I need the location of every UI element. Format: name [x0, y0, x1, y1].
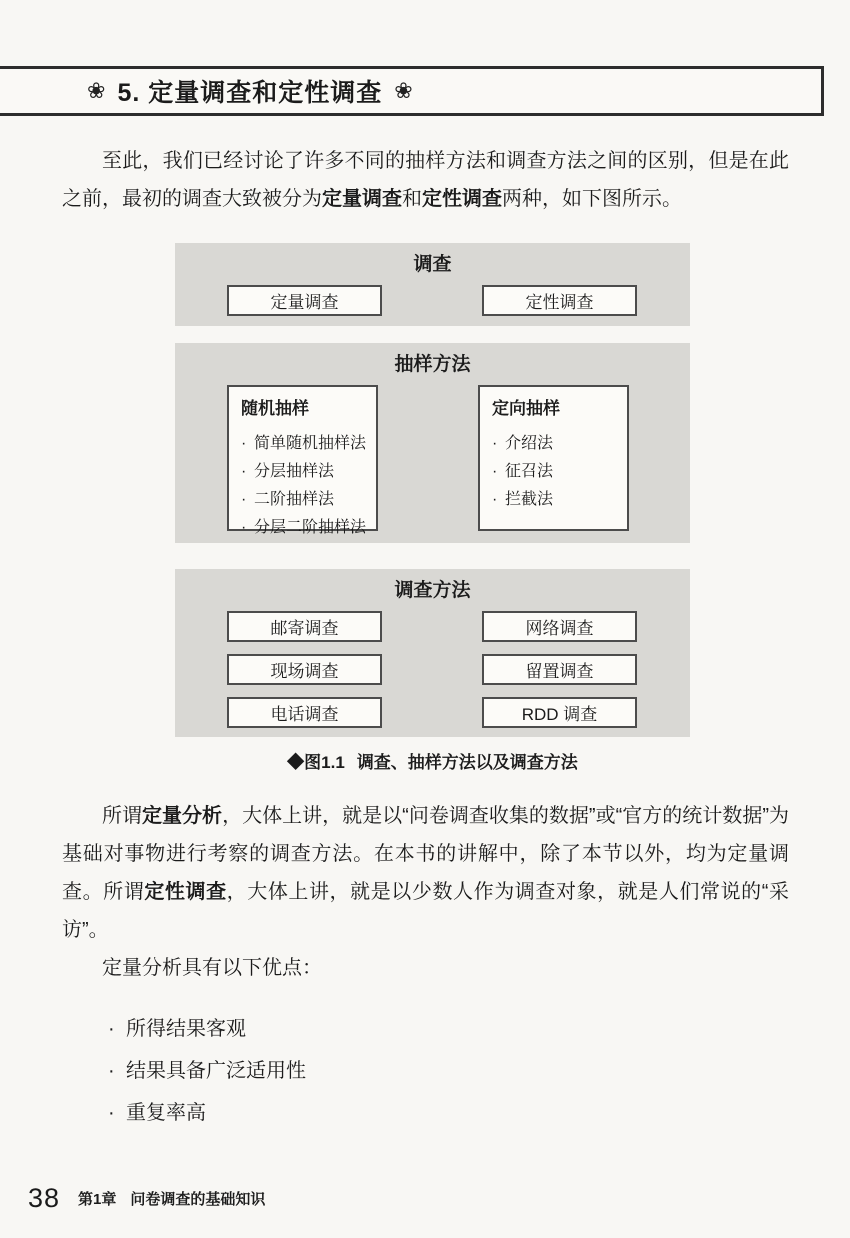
advantages-list: ·所得结果客观 ·结果具备广泛适用性 ·重复率高: [108, 1014, 789, 1128]
box-header: 定向抽样: [492, 397, 623, 421]
figure-1-1: 调查 定量调查 定性调查 抽样方法 随机抽样 ·简单随机抽样法 ·分层抽样法 ·…: [175, 243, 690, 776]
text-run-bold: 定量调查: [322, 188, 402, 210]
flower-icon: ❀: [394, 80, 412, 102]
list-item: ·分层二阶抽样法: [241, 514, 372, 542]
list-item: ·简单随机抽样法: [241, 430, 372, 458]
section-header: ❀ 5. 定量调查和定性调查 ❀: [0, 66, 824, 116]
bullet: ·: [108, 1014, 126, 1044]
bullet: ·: [241, 458, 254, 486]
page-body: 至此，我们已经讨论了许多不同的抽样方法和调查方法之间的区别，但是在此之前，最初的…: [62, 142, 789, 1140]
box-qualitative-survey: 定性调查: [482, 285, 637, 316]
advantages-lead-in: 定量分析具有以下优点：: [62, 949, 789, 987]
box-onsite-survey: 现场调查: [227, 654, 382, 685]
panel-title: 调查: [175, 252, 690, 278]
page-footer: 38 第1章 问卷调查的基础知识: [28, 1183, 265, 1214]
diagram-panel-survey: 调查 定量调查 定性调查: [175, 243, 690, 326]
bullet: ·: [241, 486, 254, 514]
bullet: ·: [492, 430, 505, 458]
box-directed-sampling: 定向抽样 ·介绍法 ·征召法 ·拦截法: [478, 385, 629, 531]
list-item: ·征召法: [492, 458, 623, 486]
box-random-sampling: 随机抽样 ·简单随机抽样法 ·分层抽样法 ·二阶抽样法 ·分层二阶抽样法: [227, 385, 378, 531]
list-item: ·分层抽样法: [241, 458, 372, 486]
text-run: 和: [402, 188, 422, 210]
list-item: ·所得结果客观: [108, 1014, 789, 1044]
list-item-label: 介绍法: [505, 430, 553, 458]
box-quantitative-survey: 定量调查: [227, 285, 382, 316]
box-web-survey: 网络调查: [482, 611, 637, 642]
figure-caption-marker: ◆图1.1: [287, 753, 345, 772]
figure-caption-text: 调查、抽样方法以及调查方法: [357, 753, 578, 772]
random-sampling-list: ·简单随机抽样法 ·分层抽样法 ·二阶抽样法 ·分层二阶抽样法: [241, 430, 372, 542]
bullet: ·: [108, 1056, 126, 1086]
flower-icon: ❀: [87, 80, 105, 102]
list-item-label: 简单随机抽样法: [254, 430, 366, 458]
diagram-panel-survey-methods: 调查方法 邮寄调查 网络调查 现场调查 留置调查 电话调查 RDD 调查: [175, 569, 690, 737]
bullet: ·: [108, 1098, 126, 1128]
box-placement-survey: 留置调查: [482, 654, 637, 685]
chapter-label: 第1章: [78, 1188, 116, 1209]
list-item-label: 征召法: [505, 458, 553, 486]
list-item-label: 重复率高: [126, 1098, 206, 1128]
text-run-bold: 定性调查: [144, 881, 226, 903]
box-rdd-survey: RDD 调查: [482, 697, 637, 728]
list-item-label: 分层抽样法: [254, 458, 334, 486]
list-item: ·重复率高: [108, 1098, 789, 1128]
bullet: ·: [492, 458, 505, 486]
page-title: 5. 定量调查和定性调查: [117, 73, 382, 109]
box-mail-survey: 邮寄调查: [227, 611, 382, 642]
text-run: 两种，如下图所示。: [502, 188, 682, 210]
page-number: 38: [28, 1183, 60, 1214]
box-telephone-survey: 电话调查: [227, 697, 382, 728]
list-item: ·结果具备广泛适用性: [108, 1056, 789, 1086]
text-run-bold: 定量分析: [142, 805, 222, 827]
list-item-label: 分层二阶抽样法: [254, 514, 366, 542]
diagram-panel-sampling-methods: 抽样方法 随机抽样 ·简单随机抽样法 ·分层抽样法 ·二阶抽样法 ·分层二阶抽样…: [175, 343, 690, 543]
list-item-label: 所得结果客观: [126, 1014, 246, 1044]
box-header: 随机抽样: [241, 397, 372, 421]
figure-caption: ◆图1.1调查、抽样方法以及调查方法: [175, 750, 690, 776]
list-item: ·拦截法: [492, 486, 623, 514]
text-run-bold: 定性调查: [422, 188, 502, 210]
text-run: 所谓: [102, 805, 142, 827]
panel-title: 调查方法: [175, 578, 690, 604]
directed-sampling-list: ·介绍法 ·征召法 ·拦截法: [492, 430, 623, 514]
intro-paragraph: 至此，我们已经讨论了许多不同的抽样方法和调查方法之间的区别，但是在此之前，最初的…: [62, 142, 789, 218]
list-item: ·介绍法: [492, 430, 623, 458]
chapter-title: 问卷调查的基础知识: [130, 1188, 265, 1209]
panel-title: 抽样方法: [175, 352, 690, 378]
body-paragraph: 所谓定量分析，大体上讲，就是以“问卷调查收集的数据”或“官方的统计数据”为基础对…: [62, 797, 789, 949]
list-item: ·二阶抽样法: [241, 486, 372, 514]
bullet: ·: [492, 486, 505, 514]
list-item-label: 二阶抽样法: [254, 486, 334, 514]
list-item-label: 结果具备广泛适用性: [126, 1056, 306, 1086]
bullet: ·: [241, 514, 254, 542]
bullet: ·: [241, 430, 254, 458]
list-item-label: 拦截法: [505, 486, 553, 514]
